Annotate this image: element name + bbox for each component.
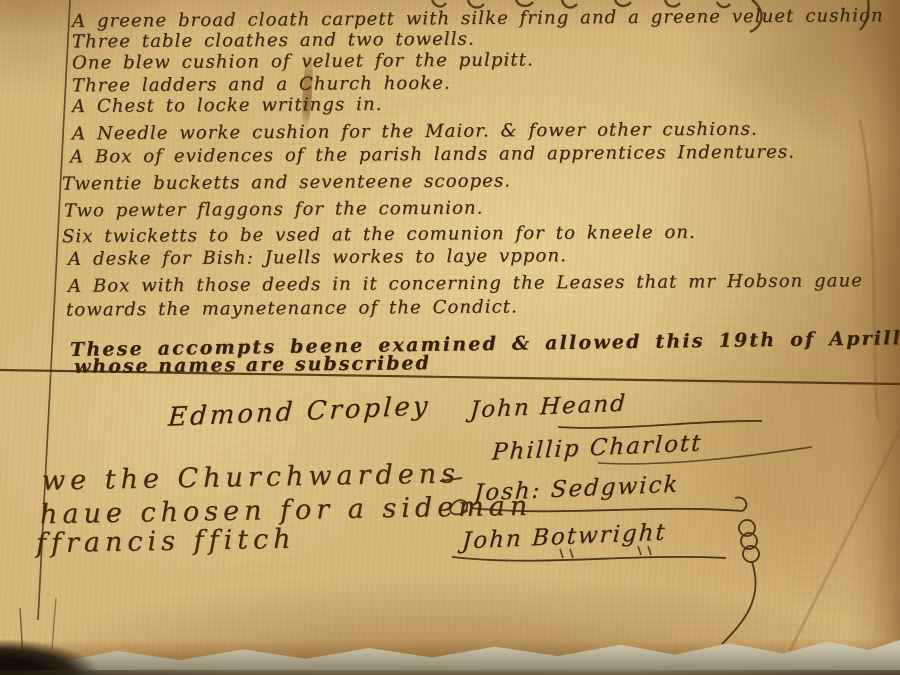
signature: Phillip Charlott bbox=[491, 430, 703, 465]
sideman-note-line: we the Churchwardens bbox=[42, 458, 460, 496]
inventory-line: Twentie bucketts and seventeene scoopes. bbox=[62, 170, 511, 194]
signature: John Botwright bbox=[461, 519, 667, 554]
signature: Edmond Cropley bbox=[167, 391, 431, 433]
inventory-line: A Box with those deeds in it concerning … bbox=[68, 270, 863, 297]
inventory-line: Six twicketts to be vsed at the comunion… bbox=[62, 222, 696, 247]
margin-rule-line bbox=[20, 0, 70, 658]
attestation-line: whose names are subscribed bbox=[74, 352, 431, 378]
inventory-line: Two pewter flaggons for the comunion. bbox=[64, 198, 484, 222]
inventory-line: towards the maynetenance of the Condict. bbox=[66, 296, 518, 320]
signature: John Heand bbox=[469, 391, 627, 424]
inventory-line: A Chest to locke writings in. bbox=[72, 94, 383, 117]
inventory-line: A Box of evidences of the parish lands a… bbox=[70, 141, 795, 167]
flourish-knot-icon bbox=[722, 520, 759, 644]
manuscript-photo: A greene broad cloath carpett with silke… bbox=[0, 0, 900, 675]
inventory-line: One blew cushion of veluet for the pulpi… bbox=[72, 49, 534, 73]
paper-creases bbox=[778, 120, 900, 675]
inventory-line: A deske for Bish: Juells workes to laye … bbox=[68, 245, 567, 269]
inventory-line: A Needle worke cushion for the Maior. & … bbox=[72, 119, 758, 145]
sideman-note-line: ffrancis ffitch bbox=[36, 524, 296, 560]
manuscript-page: A greene broad cloath carpett with silke… bbox=[0, 0, 900, 675]
botwright-underline bbox=[452, 557, 726, 561]
inventory-line: A greene broad cloath carpett with silke… bbox=[72, 5, 884, 32]
heand-underline bbox=[558, 421, 762, 428]
inventory-line: Three ladders and a Church hooke. bbox=[72, 73, 451, 97]
inventory-line: Three table cloathes and two towells. bbox=[72, 29, 475, 53]
